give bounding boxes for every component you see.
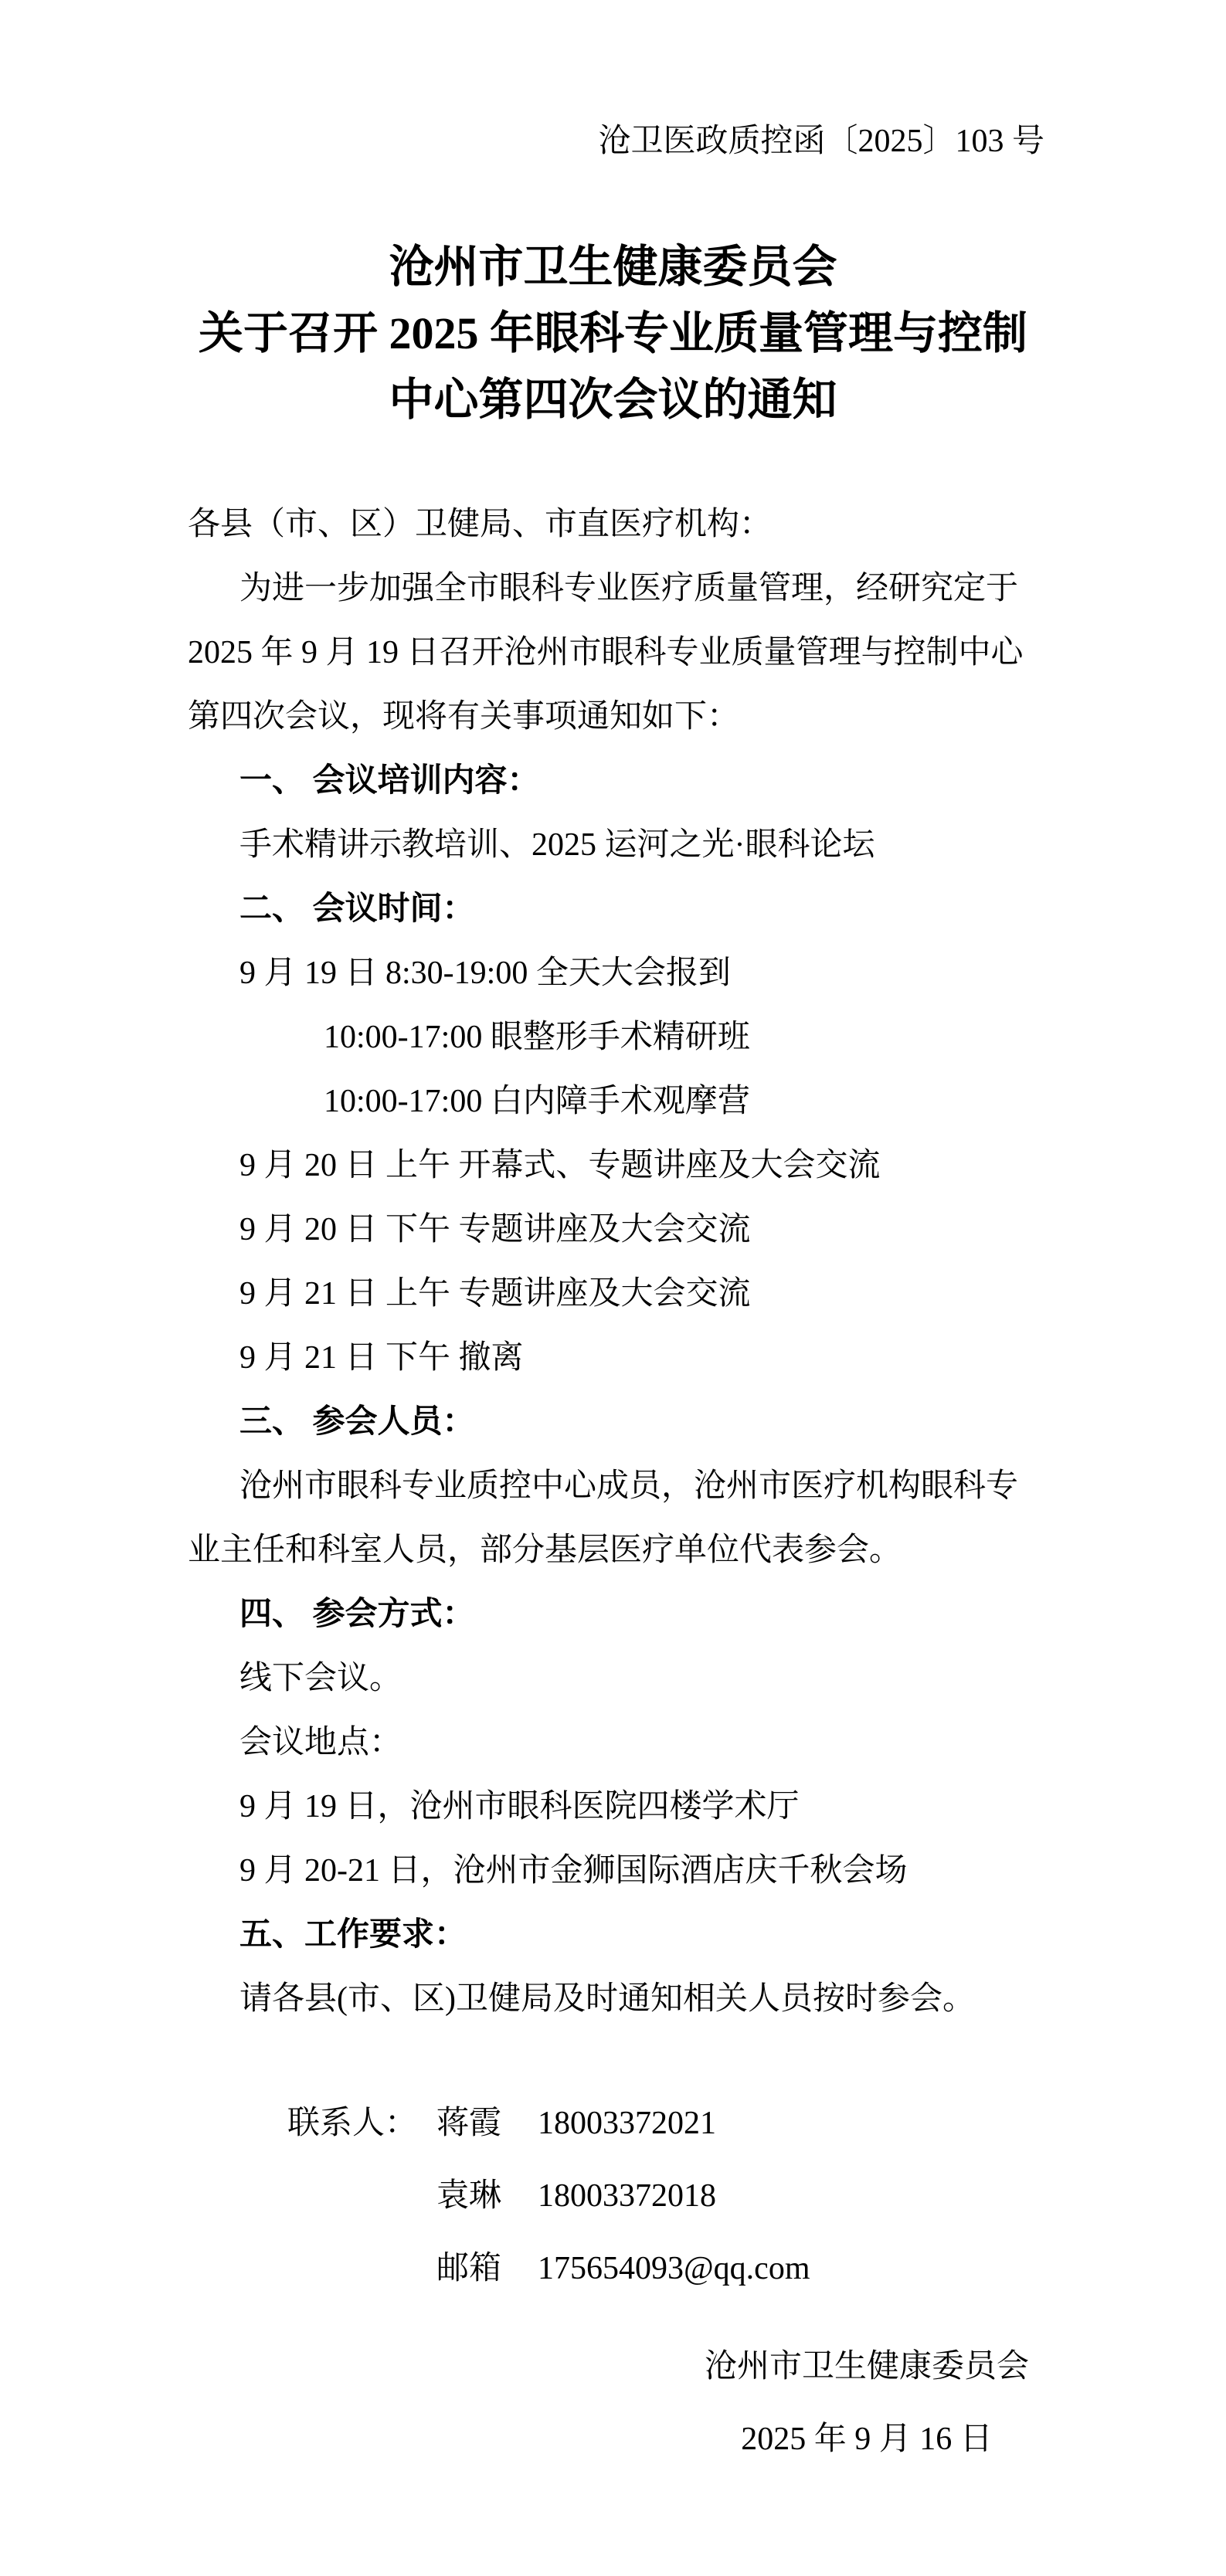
section-heading-4: 四、 参会方式：: [188, 1583, 1045, 1647]
title-line-2: 关于召开 2025 年眼科专业质量管理与控制: [0, 300, 1226, 367]
official-notice-document: 沧卫医政质控函〔2025〕103 号 沧州市卫生健康委员会 关于召开 2025 …: [0, 0, 1226, 2576]
contact-email: 175654093@qq.com: [538, 2232, 810, 2305]
contact-row: 袁琳 18003372018: [188, 2160, 1045, 2232]
contact-block: 联系人： 蒋霞 18003372021 袁琳 18003372018 邮箱 17…: [188, 2087, 1045, 2305]
document-body: 各县（市、区）卫健局、市直医疗机构： 为进一步加强全市眼科专业医疗质量管理，经研…: [188, 493, 1045, 2031]
body-line: 沧州市眼科专业质控中心成员，沧州市医疗机构眼科专: [188, 1454, 1045, 1519]
body-line: 手术精讲示教培训、2025 运河之光·眼科论坛: [188, 813, 1045, 877]
body-line: 请各县(市、区)卫健局及时通知相关人员按时参会。: [188, 1967, 1045, 2031]
body-line: 会议地点：: [188, 1711, 1045, 1775]
contact-phone-1: 18003372021: [538, 2087, 716, 2160]
doc-number: 沧卫医政质控函〔2025〕103 号: [598, 124, 1044, 159]
title-line-1: 沧州市卫生健康委员会: [0, 234, 1226, 300]
schedule-line: 9 月 21 日 下午 撤离: [188, 1326, 1045, 1390]
venue-line: 9 月 19 日，沧州市眼科医院四楼学术厅: [188, 1775, 1045, 1839]
body-line: 业主任和科室人员，部分基层医疗单位代表参会。: [188, 1519, 1045, 1583]
contact-row: 联系人： 蒋霞 18003372021: [188, 2087, 1045, 2160]
signature-date: 2025 年 9 月 16 日: [695, 2403, 1039, 2476]
signature-org: 沧州市卫生健康委员会: [695, 2330, 1039, 2403]
body-line: 为进一步加强全市眼科专业医疗质量管理，经研究定于: [188, 557, 1045, 621]
schedule-line: 10:00-17:00 眼整形手术精研班: [188, 1006, 1045, 1070]
title-line-3: 中心第四次会议的通知: [0, 367, 1226, 433]
salutation-line: 各县（市、区）卫健局、市直医疗机构：: [188, 493, 1045, 557]
contact-email-label: 邮箱: [436, 2232, 501, 2305]
body-line: 线下会议。: [188, 1647, 1045, 1711]
section-heading-2: 二、 会议时间：: [188, 877, 1045, 942]
schedule-line: 9 月 20 日 下午 专题讲座及大会交流: [188, 1198, 1045, 1262]
section-heading-1: 一、 会议培训内容：: [188, 749, 1045, 813]
body-line: 2025 年 9 月 19 日召开沧州市眼科专业质量管理与控制中心: [188, 621, 1045, 685]
contact-phone-2: 18003372018: [538, 2160, 716, 2232]
signature-block: 沧州市卫生健康委员会 2025 年 9 月 16 日: [695, 2330, 1039, 2476]
section-heading-5: 五、工作要求：: [188, 1903, 1045, 1967]
schedule-line: 9 月 20 日 上午 开幕式、专题讲座及大会交流: [188, 1134, 1045, 1198]
contact-label: 联系人：: [287, 2087, 417, 2160]
venue-line: 9 月 20-21 日，沧州市金狮国际酒店庆千秋会场: [188, 1839, 1045, 1903]
contact-name-2: 袁琳: [436, 2160, 501, 2232]
body-line: 第四次会议，现将有关事项通知如下：: [188, 685, 1045, 749]
schedule-line: 9 月 19 日 8:30-19:00 全天大会报到: [188, 942, 1045, 1006]
section-heading-3: 三、 参会人员：: [188, 1390, 1045, 1454]
schedule-line: 10:00-17:00 白内障手术观摩营: [188, 1070, 1045, 1134]
contact-row: 邮箱 175654093@qq.com: [188, 2232, 1045, 2305]
contact-name-1: 蒋霞: [436, 2087, 501, 2160]
document-title: 沧州市卫生健康委员会 关于召开 2025 年眼科专业质量管理与控制 中心第四次会…: [0, 234, 1226, 433]
schedule-line: 9 月 21 日 上午 专题讲座及大会交流: [188, 1262, 1045, 1326]
